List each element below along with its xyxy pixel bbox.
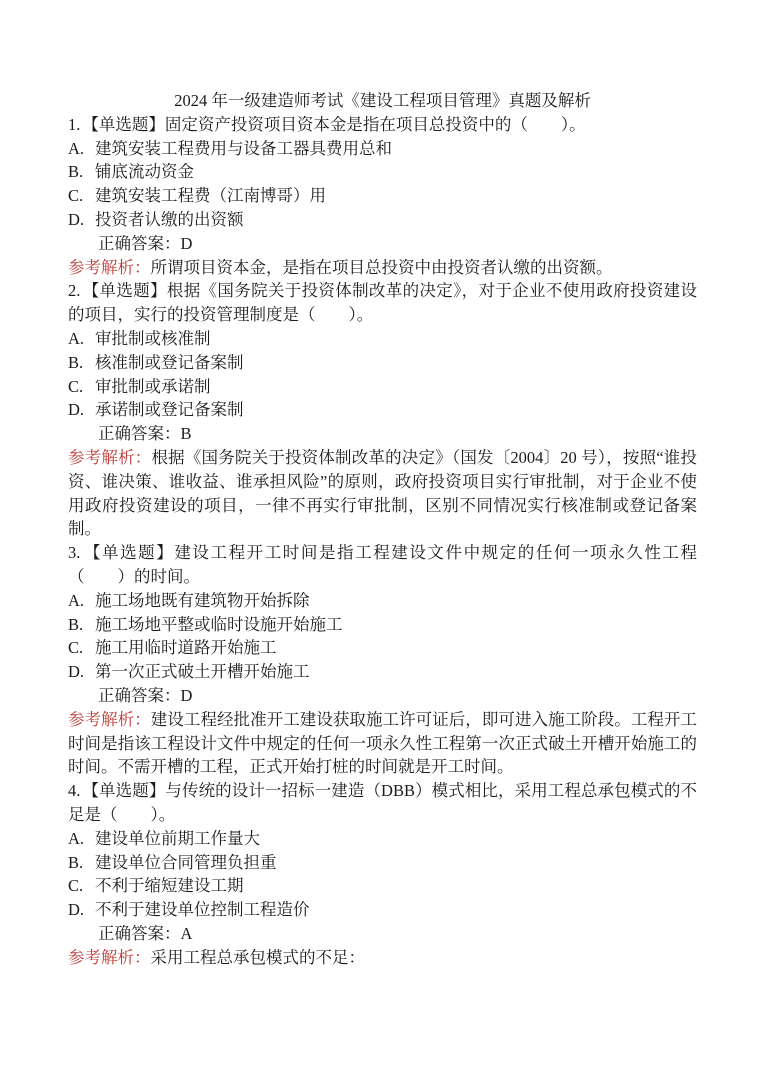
question-block: 2.【单选题】根据《国务院关于投资体制改革的决定》，对于企业不使用政府投资建设的… (68, 279, 697, 541)
option-text: 核准制或登记备案制 (95, 351, 697, 375)
option-row: C.建筑安装工程费（江南博哥）用 (68, 184, 697, 208)
option-letter: D. (68, 208, 95, 232)
option-row: B.铺底流动资金 (68, 160, 697, 184)
option-letter: B. (68, 851, 95, 875)
answer-line: 正确答案：D (68, 232, 697, 256)
question-stem: 1.【单选题】固定资产投资项目资本金是指在项目总投资中的（ ）。 (68, 113, 697, 137)
question-type-badge: 【单选题】 (82, 543, 174, 562)
option-letter: C. (68, 874, 95, 898)
question-type-badge: 【单选题】 (82, 281, 167, 300)
answer-label: 正确答案： (98, 686, 181, 705)
explanation-label: 参考解析： (68, 448, 151, 467)
question-block: 1.【单选题】固定资产投资项目资本金是指在项目总投资中的（ ）。 A.建筑安装工… (68, 113, 697, 280)
answer-value: A (181, 924, 193, 943)
question-number: 3. (68, 543, 80, 562)
option-row: A.施工场地既有建筑物开始拆除 (68, 589, 697, 613)
option-text: 建设单位合同管理负担重 (95, 851, 697, 875)
option-text: 不利于建设单位控制工程造价 (95, 898, 697, 922)
option-row: C.审批制或承诺制 (68, 375, 697, 399)
option-row: C.施工用临时道路开始施工 (68, 636, 697, 660)
question-stem: 3.【单选题】建设工程开工时间是指工程建设文件中规定的任何一项永久性工程（ ）的… (68, 541, 697, 589)
explanation-paragraph: 参考解析：采用工程总承包模式的不足： (68, 946, 697, 970)
option-text: 施工场地平整或临时设施开始施工 (95, 613, 697, 637)
option-text: 承诺制或登记备案制 (95, 398, 697, 422)
answer-value: D (181, 234, 193, 253)
options-list: A.审批制或核准制B.核准制或登记备案制C.审批制或承诺制D.承诺制或登记备案制 (68, 327, 697, 422)
option-row: A.审批制或核准制 (68, 327, 697, 351)
explanation-text: 所谓项目资本金，是指在项目总投资中由投资者认缴的出资额。 (151, 258, 613, 277)
option-text: 施工场地既有建筑物开始拆除 (95, 589, 697, 613)
answer-line: 正确答案：B (68, 422, 697, 446)
option-letter: A. (68, 827, 95, 851)
explanation-paragraph: 参考解析：建设工程经批准开工建设获取施工许可证后，即可进入施工阶段。工程开工时间… (68, 708, 697, 779)
option-letter: B. (68, 613, 95, 637)
options-list: A.建设单位前期工作量大B.建设单位合同管理负担重C.不利于缩短建设工期D.不利… (68, 827, 697, 922)
option-text: 建筑安装工程费（江南博哥）用 (95, 184, 697, 208)
options-list: A.建筑安装工程费用与设备工器具费用总和B.铺底流动资金C.建筑安装工程费（江南… (68, 137, 697, 232)
explanation-text: 根据《国务院关于投资体制改革的决定》（国发〔2004〕20 号），按照“谁投资、… (68, 448, 697, 538)
explanation-text: 采用工程总承包模式的不足： (151, 948, 366, 967)
option-letter: C. (68, 184, 95, 208)
option-row: A.建筑安装工程费用与设备工器具费用总和 (68, 137, 697, 161)
option-row: C.不利于缩短建设工期 (68, 874, 697, 898)
answer-line: 正确答案：D (68, 684, 697, 708)
explanation-text: 建设工程经批准开工建设获取施工许可证后，即可进入施工阶段。工程开工时间是指该工程… (68, 710, 697, 777)
option-text: 建设单位前期工作量大 (95, 827, 697, 851)
option-row: D.不利于建设单位控制工程造价 (68, 898, 697, 922)
explanation-label: 参考解析： (68, 948, 151, 967)
option-row: D.承诺制或登记备案制 (68, 398, 697, 422)
answer-value: B (181, 424, 192, 443)
question-type-badge: 【单选题】 (82, 115, 165, 134)
option-row: A.建设单位前期工作量大 (68, 827, 697, 851)
option-text: 第一次正式破土开槽开始施工 (95, 660, 697, 684)
option-row: D.第一次正式破土开槽开始施工 (68, 660, 697, 684)
explanation-paragraph: 参考解析：所谓项目资本金，是指在项目总投资中由投资者认缴的出资额。 (68, 256, 697, 280)
option-letter: A. (68, 137, 95, 161)
option-text: 审批制或承诺制 (95, 375, 697, 399)
document-page: 2024 年一级建造师考试《建设工程项目管理》真题及解析 1.【单选题】固定资产… (0, 0, 763, 1080)
option-text: 审批制或核准制 (95, 327, 697, 351)
option-letter: D. (68, 660, 95, 684)
option-letter: D. (68, 398, 95, 422)
option-row: B.施工场地平整或临时设施开始施工 (68, 613, 697, 637)
question-stem: 2.【单选题】根据《国务院关于投资体制改革的决定》，对于企业不使用政府投资建设的… (68, 279, 697, 327)
answer-label: 正确答案： (98, 424, 181, 443)
question-stem: 4.【单选题】与传统的设计一招标一建造（DBB）模式相比，采用工程总承包模式的不… (68, 779, 697, 827)
option-letter: C. (68, 375, 95, 399)
option-letter: B. (68, 160, 95, 184)
option-text: 施工用临时道路开始施工 (95, 636, 697, 660)
option-letter: D. (68, 898, 95, 922)
option-text: 建筑安装工程费用与设备工器具费用总和 (95, 137, 697, 161)
option-row: B.建设单位合同管理负担重 (68, 851, 697, 875)
answer-line: 正确答案：A (68, 922, 697, 946)
options-list: A.施工场地既有建筑物开始拆除B.施工场地平整或临时设施开始施工C.施工用临时道… (68, 589, 697, 684)
question-number: 4. (68, 781, 80, 800)
option-text: 铺底流动资金 (95, 160, 697, 184)
option-letter: A. (68, 589, 95, 613)
option-text: 不利于缩短建设工期 (95, 874, 697, 898)
question-text: 固定资产投资项目资本金是指在项目总投资中的（ ）。 (165, 115, 586, 134)
question-number: 1. (68, 115, 80, 134)
option-text: 投资者认缴的出资额 (95, 208, 697, 232)
explanation-label: 参考解析： (68, 710, 151, 729)
option-letter: C. (68, 636, 95, 660)
answer-value: D (181, 686, 193, 705)
explanation-paragraph: 参考解析：根据《国务院关于投资体制改革的决定》（国发〔2004〕20 号），按照… (68, 446, 697, 541)
question-block: 3.【单选题】建设工程开工时间是指工程建设文件中规定的任何一项永久性工程（ ）的… (68, 541, 697, 779)
question-number: 2. (68, 281, 80, 300)
option-row: B.核准制或登记备案制 (68, 351, 697, 375)
option-row: D.投资者认缴的出资额 (68, 208, 697, 232)
explanation-label: 参考解析： (68, 258, 151, 277)
answer-label: 正确答案： (98, 234, 181, 253)
option-letter: A. (68, 327, 95, 351)
question-type-badge: 【单选题】 (82, 781, 165, 800)
answer-label: 正确答案： (98, 924, 181, 943)
question-block: 4.【单选题】与传统的设计一招标一建造（DBB）模式相比，采用工程总承包模式的不… (68, 779, 697, 969)
questions-container: 1.【单选题】固定资产投资项目资本金是指在项目总投资中的（ ）。 A.建筑安装工… (68, 113, 697, 970)
page-title: 2024 年一级建造师考试《建设工程项目管理》真题及解析 (68, 89, 697, 113)
option-letter: B. (68, 351, 95, 375)
